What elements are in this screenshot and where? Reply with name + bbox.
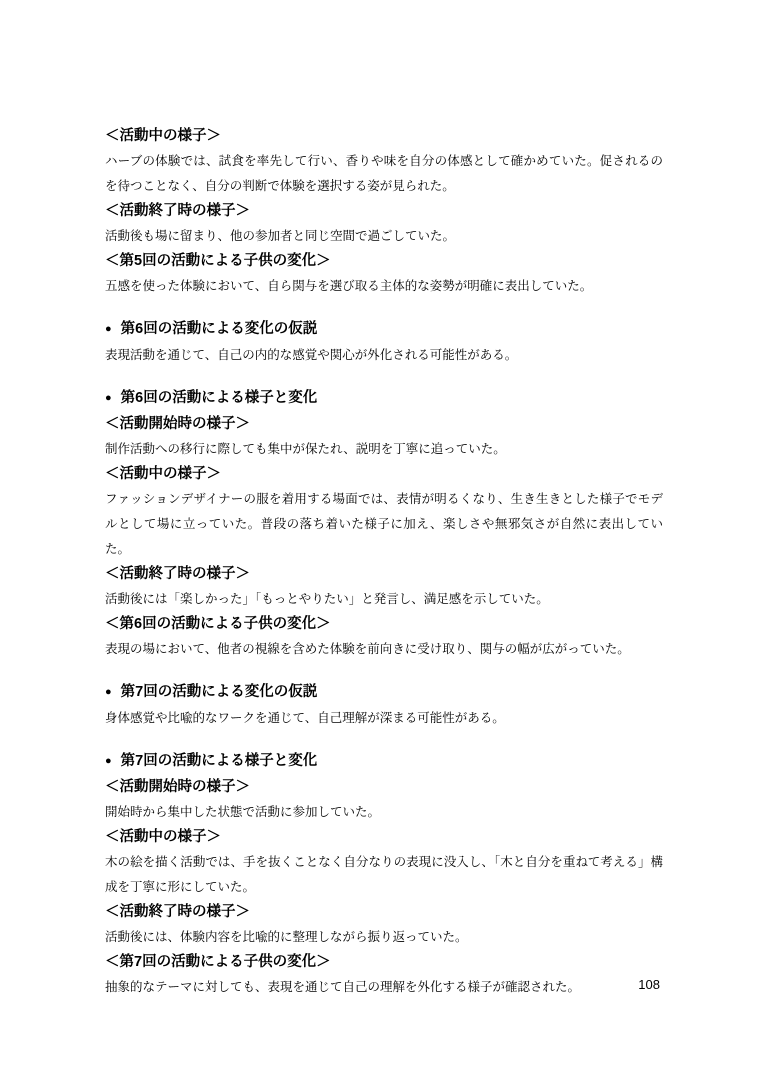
bullet-heading: ●第7回の活動による様子と変化 — [105, 749, 663, 775]
paragraph: 身体感覚や比喩的なワークを通じて、自己理解が深まる可能性がある。 — [105, 706, 663, 731]
paragraph: 五感を使った体験において、自ら関与を選び取る主体的な姿勢が明確に表出していた。 — [105, 274, 663, 299]
paragraph: 開始時から集中した状態で活動に参加していた。 — [105, 800, 663, 825]
bullet-heading-text: 第6回の活動による変化の仮説 — [121, 321, 318, 337]
section-subheading: ＜活動終了時の様子＞ — [105, 199, 663, 224]
section-subheading: ＜活動終了時の様子＞ — [105, 562, 663, 587]
paragraph: 抽象的なテーマに対しても、表現を通じて自己の理解を外化する様子が確認された。 — [105, 975, 663, 1000]
section-subheading: ＜第5回の活動による子供の変化＞ — [105, 249, 663, 274]
bullet-icon: ● — [105, 386, 112, 411]
section-subheading: ＜活動開始時の様子＞ — [105, 775, 663, 800]
section-subheading: ＜第7回の活動による子供の変化＞ — [105, 950, 663, 975]
section-subheading: ＜活動中の様子＞ — [105, 124, 663, 149]
bullet-icon: ● — [105, 749, 112, 774]
bullet-icon: ● — [105, 317, 112, 342]
section-subheading: ＜活動中の様子＞ — [105, 825, 663, 850]
bullet-heading: ●第7回の活動による変化の仮説 — [105, 680, 663, 706]
bullet-heading-text: 第7回の活動による様子と変化 — [121, 753, 318, 769]
section-subheading: ＜活動中の様子＞ — [105, 462, 663, 487]
paragraph: 制作活動への移行に際しても集中が保たれ、説明を丁寧に追っていた。 — [105, 437, 663, 462]
document-page: ＜活動中の様子＞ハーブの体験では、試食を率先して行い、香りや味を自分の体感として… — [0, 0, 768, 1087]
paragraph: 活動後には「楽しかった」「もっとやりたい」と発言し、満足感を示していた。 — [105, 587, 663, 612]
paragraph: 活動後も場に留まり、他の参加者と同じ空間で過ごしていた。 — [105, 224, 663, 249]
paragraph: 木の絵を描く活動では、手を抜くことなく自分なりの表現に没入し、「木と自分を重ねて… — [105, 850, 663, 900]
bullet-heading-text: 第6回の活動による様子と変化 — [121, 390, 318, 406]
paragraph: 表現活動を通じて、自己の内的な感覚や関心が外化される可能性がある。 — [105, 343, 663, 368]
paragraph: ファッションデザイナーの服を着用する場面では、表情が明るくなり、生き生きとした様… — [105, 487, 663, 562]
paragraph: ハーブの体験では、試食を率先して行い、香りや味を自分の体感として確かめていた。促… — [105, 149, 663, 199]
section-subheading: ＜活動開始時の様子＞ — [105, 412, 663, 437]
bullet-heading-text: 第7回の活動による変化の仮説 — [121, 684, 318, 700]
section-subheading: ＜活動終了時の様子＞ — [105, 900, 663, 925]
document-content: ＜活動中の様子＞ハーブの体験では、試食を率先して行い、香りや味を自分の体感として… — [105, 124, 663, 1000]
page-number: 108 — [638, 976, 660, 994]
bullet-heading: ●第6回の活動による変化の仮説 — [105, 317, 663, 343]
paragraph: 活動後には、体験内容を比喩的に整理しながら振り返っていた。 — [105, 925, 663, 950]
bullet-heading: ●第6回の活動による様子と変化 — [105, 386, 663, 412]
bullet-icon: ● — [105, 680, 112, 705]
section-subheading: ＜第6回の活動による子供の変化＞ — [105, 612, 663, 637]
paragraph: 表現の場において、他者の視線を含めた体験を前向きに受け取り、関与の幅が広がってい… — [105, 637, 663, 662]
